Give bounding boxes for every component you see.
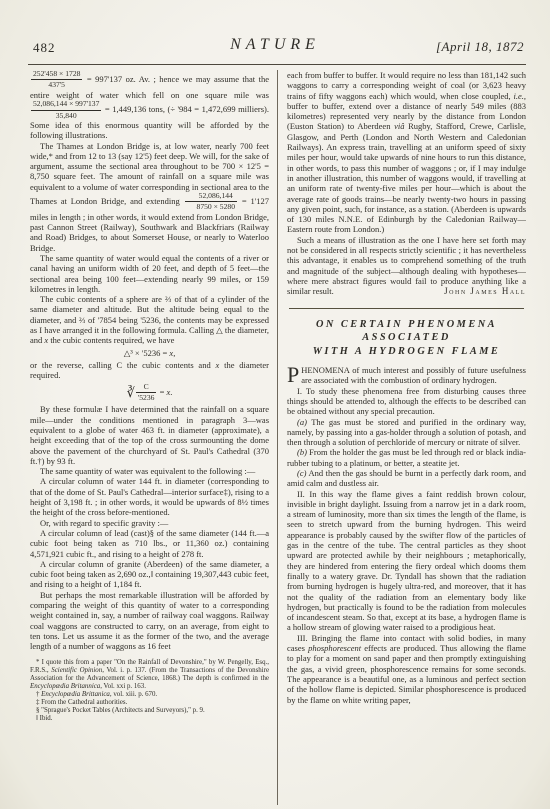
paragraph: The same quantity of water would equal t… <box>30 253 269 294</box>
footnote: † Encyclopædia Brittanica, vol. xiii. p.… <box>30 691 269 699</box>
paragraph: The same quantity of water was equivalen… <box>30 466 269 476</box>
display-formula: ∛C'5236 = x. <box>30 383 269 403</box>
footnote: ‡ From the Cathedral authorities. <box>30 699 269 707</box>
footnote: ‖ Ibid. <box>30 715 269 723</box>
paragraph: The cubic contents of a sphere are ⅔ of … <box>30 294 269 345</box>
display-formula: △³ × '5236 = x, <box>30 348 269 358</box>
footnote-block: * I quote this from a paper "On the Rain… <box>30 659 269 724</box>
article-title-line1: ON CERTAIN PHENOMENA ASSOCIATED <box>316 319 497 344</box>
paragraph: I. To study these phenomena free from di… <box>287 386 526 417</box>
article-title-line2: WITH A HYDROGEN FLAME <box>313 346 500 357</box>
paragraph: II. In this way the flame gives a faint … <box>287 489 526 633</box>
paragraph: (a) The gas must be stored and purified … <box>287 417 526 448</box>
paragraph: A circular column of lead (cast)§ of the… <box>30 528 269 559</box>
right-column: each from buffer to buffer. It would req… <box>278 70 526 805</box>
article-divider-rule <box>289 308 524 309</box>
paragraph: A circular column of water 144 ft. in di… <box>30 476 269 517</box>
paragraph: Or, with regard to specific gravity :— <box>30 518 269 528</box>
issue-date: [April 18, 1872 <box>436 39 524 55</box>
paragraph: or the reverse, calling C the cubic cont… <box>30 360 269 381</box>
article-title: ON CERTAIN PHENOMENA ASSOCIATED WITH A H… <box>287 318 526 359</box>
lead-paragraph-text: HENOMENA of much interest and possibly o… <box>301 365 526 385</box>
paragraph: A circular column of granite (Aberdeen) … <box>30 559 269 590</box>
left-column: 252'458 × 1728437'5 = 997'137 oz. Av. ; … <box>30 70 277 805</box>
drop-cap: P <box>287 365 301 384</box>
header-rule <box>28 64 526 65</box>
paragraph: (c) And then the gas should be burnt in … <box>287 468 526 489</box>
paragraph: each from buffer to buffer. It would req… <box>287 70 526 235</box>
paragraph: But perhaps the most remarkable illustra… <box>30 590 269 652</box>
paragraph: The Thames at London Bridge is, at low w… <box>30 141 269 253</box>
paragraph: (b) From the holder the gas must be led … <box>287 447 526 468</box>
lead-paragraph: PHENOMENA of much interest and possibly … <box>287 365 526 386</box>
paragraph: By these formulæ I have determined that … <box>30 404 269 466</box>
footnote: § "Sprague's Pocket Tables (Architects a… <box>30 707 269 715</box>
text-columns: 252'458 × 1728437'5 = 997'137 oz. Av. ; … <box>30 70 526 805</box>
paragraph: III. Bringing the flame into contact wit… <box>287 633 526 705</box>
running-head: 482 NATURE [April 18, 1872 <box>0 0 550 64</box>
paragraph: 252'458 × 1728437'5 = 997'137 oz. Av. ; … <box>30 70 269 141</box>
journal-page: 482 NATURE [April 18, 1872 252'458 × 172… <box>0 0 550 809</box>
footnote: * I quote this from a paper "On the Rain… <box>30 659 269 691</box>
